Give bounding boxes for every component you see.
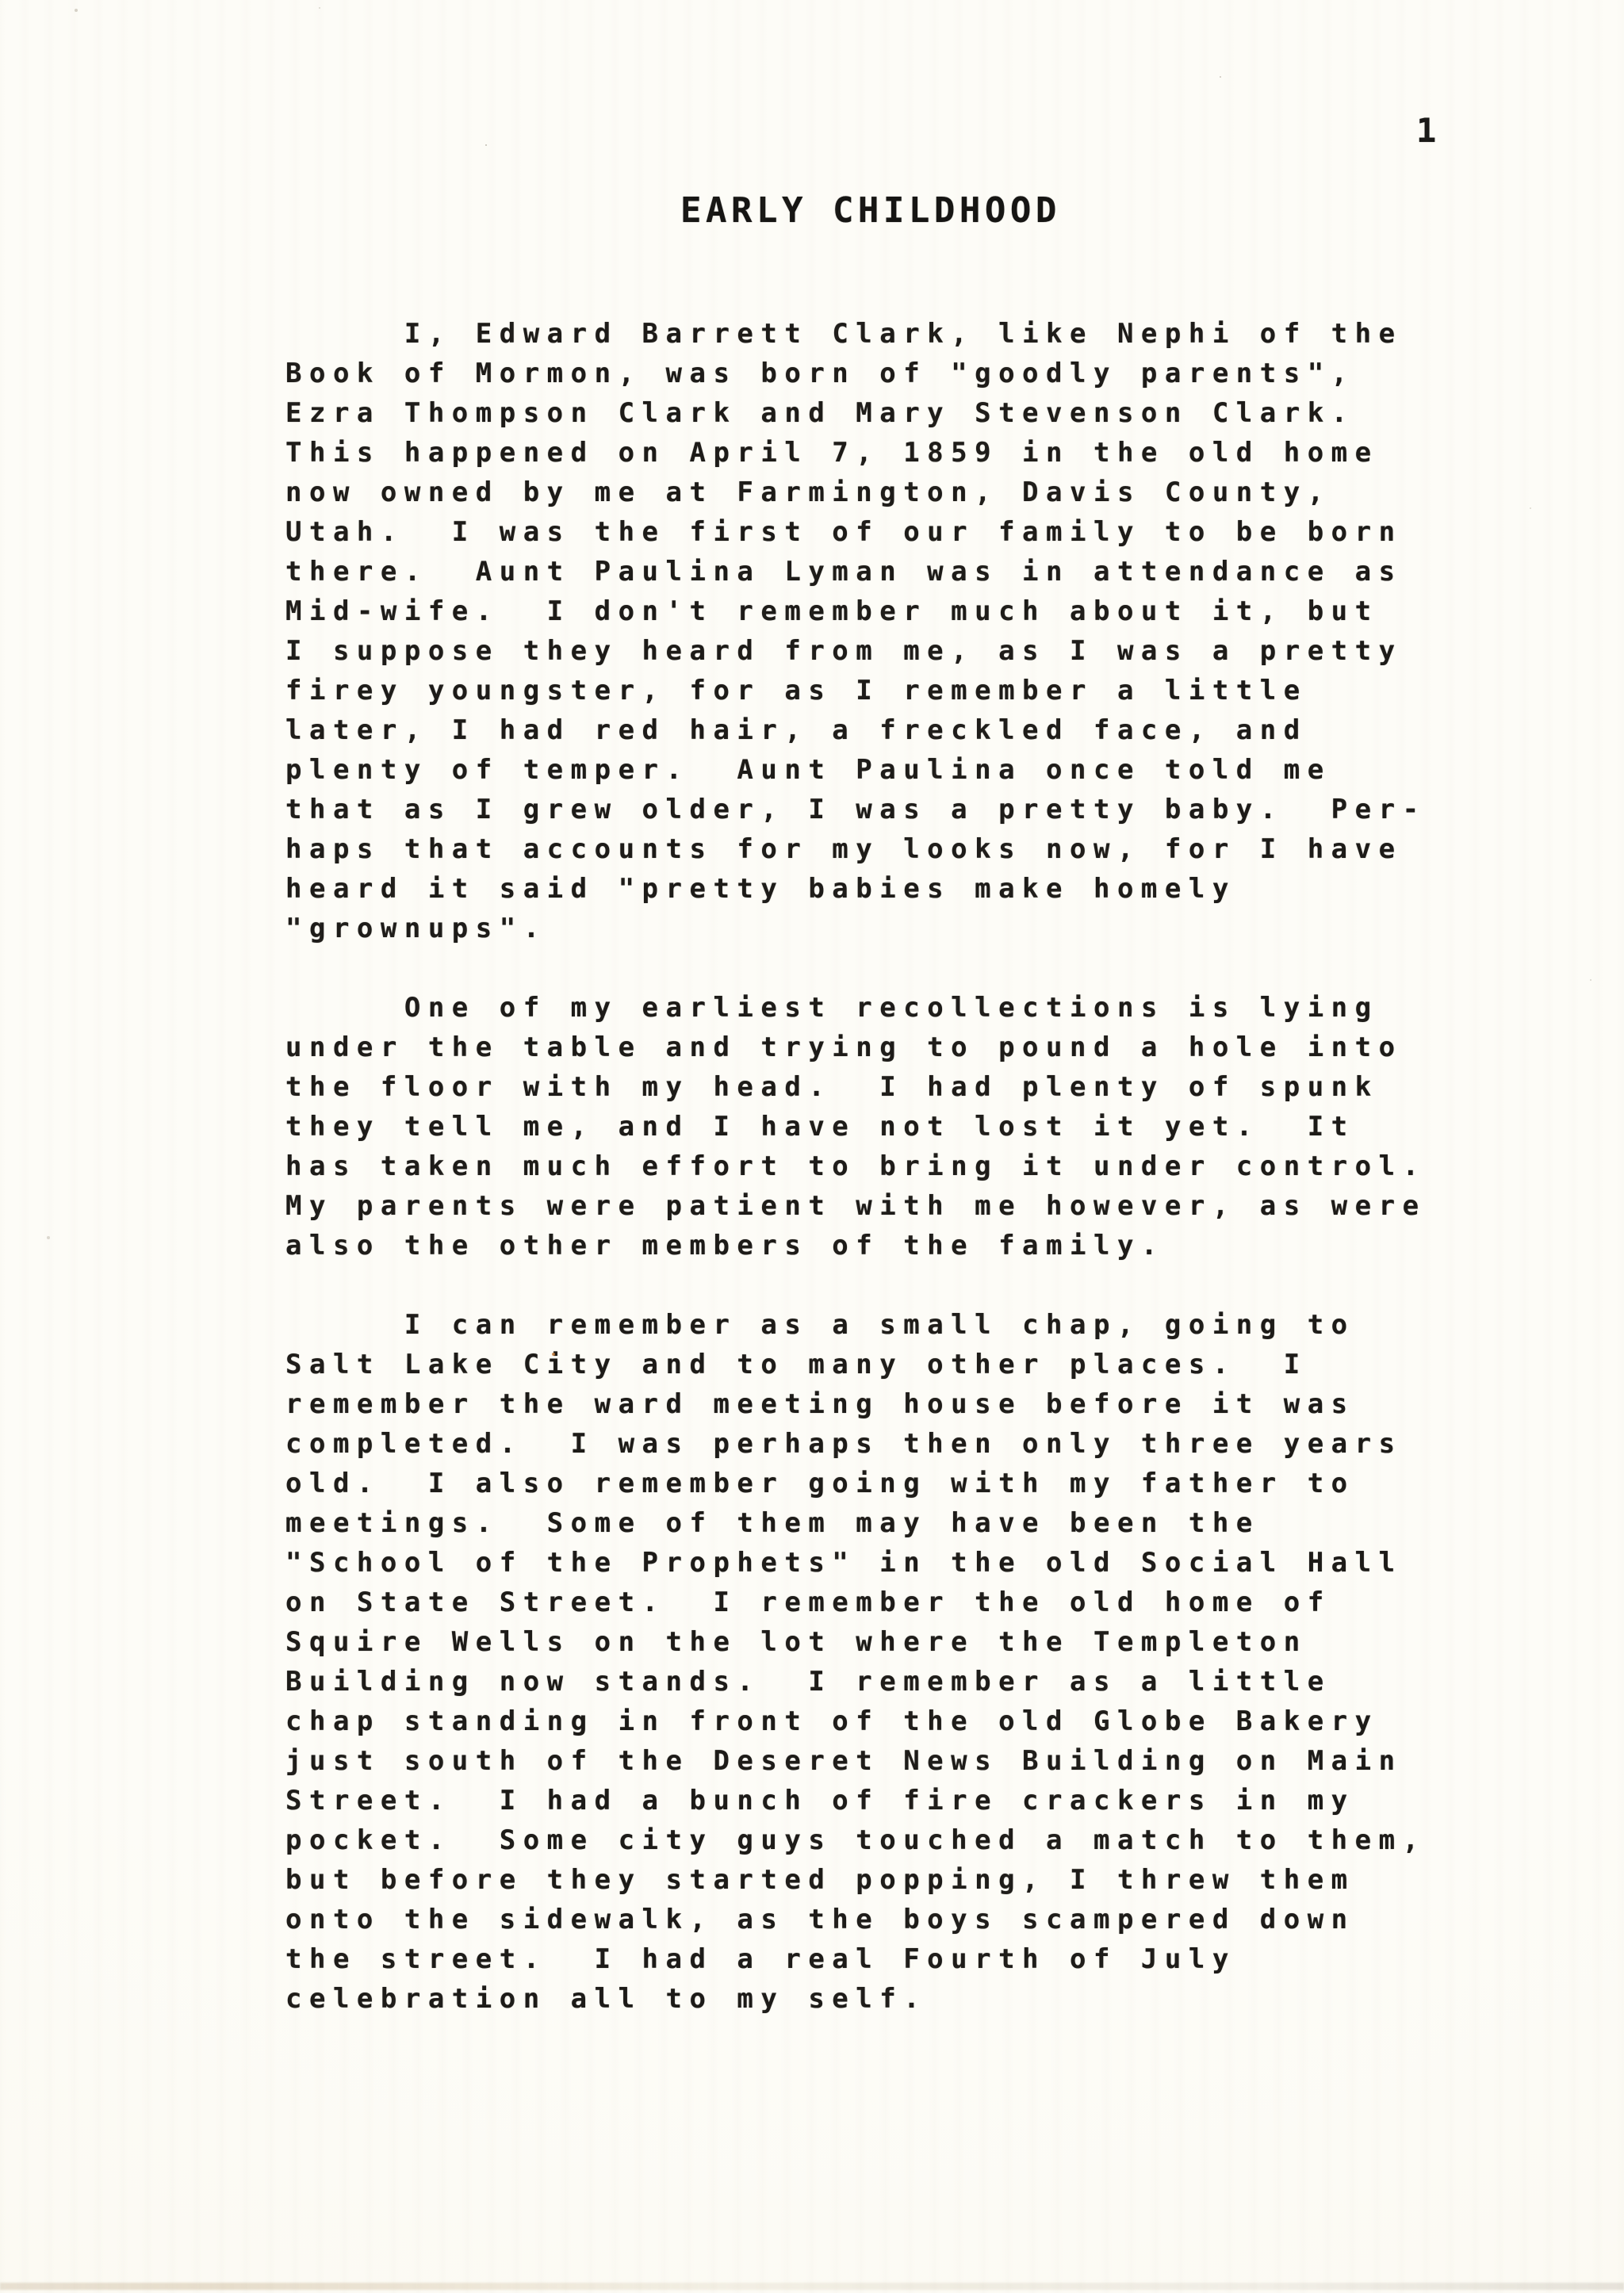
paragraph-birth: I, Edward Barrett Clark, like Nephi of t… (285, 314, 1554, 948)
paragraph-salt-lake-memories: I can remember as a small chap, going to… (285, 1305, 1554, 2019)
scan-noise-specks (0, 0, 2, 2)
document-page: 1 EARLY CHILDHOOD I, Edward Barrett Clar… (0, 0, 1624, 2293)
document-body: I, Edward Barrett Clark, like Nephi of t… (285, 314, 1554, 2058)
paragraph-earliest-recollections: One of my earliest recollections is lyin… (285, 988, 1554, 1265)
page-title: EARLY CHILDHOOD (680, 190, 1061, 231)
scan-edge-artifact (0, 2283, 1624, 2290)
page-number: 1 (1416, 111, 1436, 150)
